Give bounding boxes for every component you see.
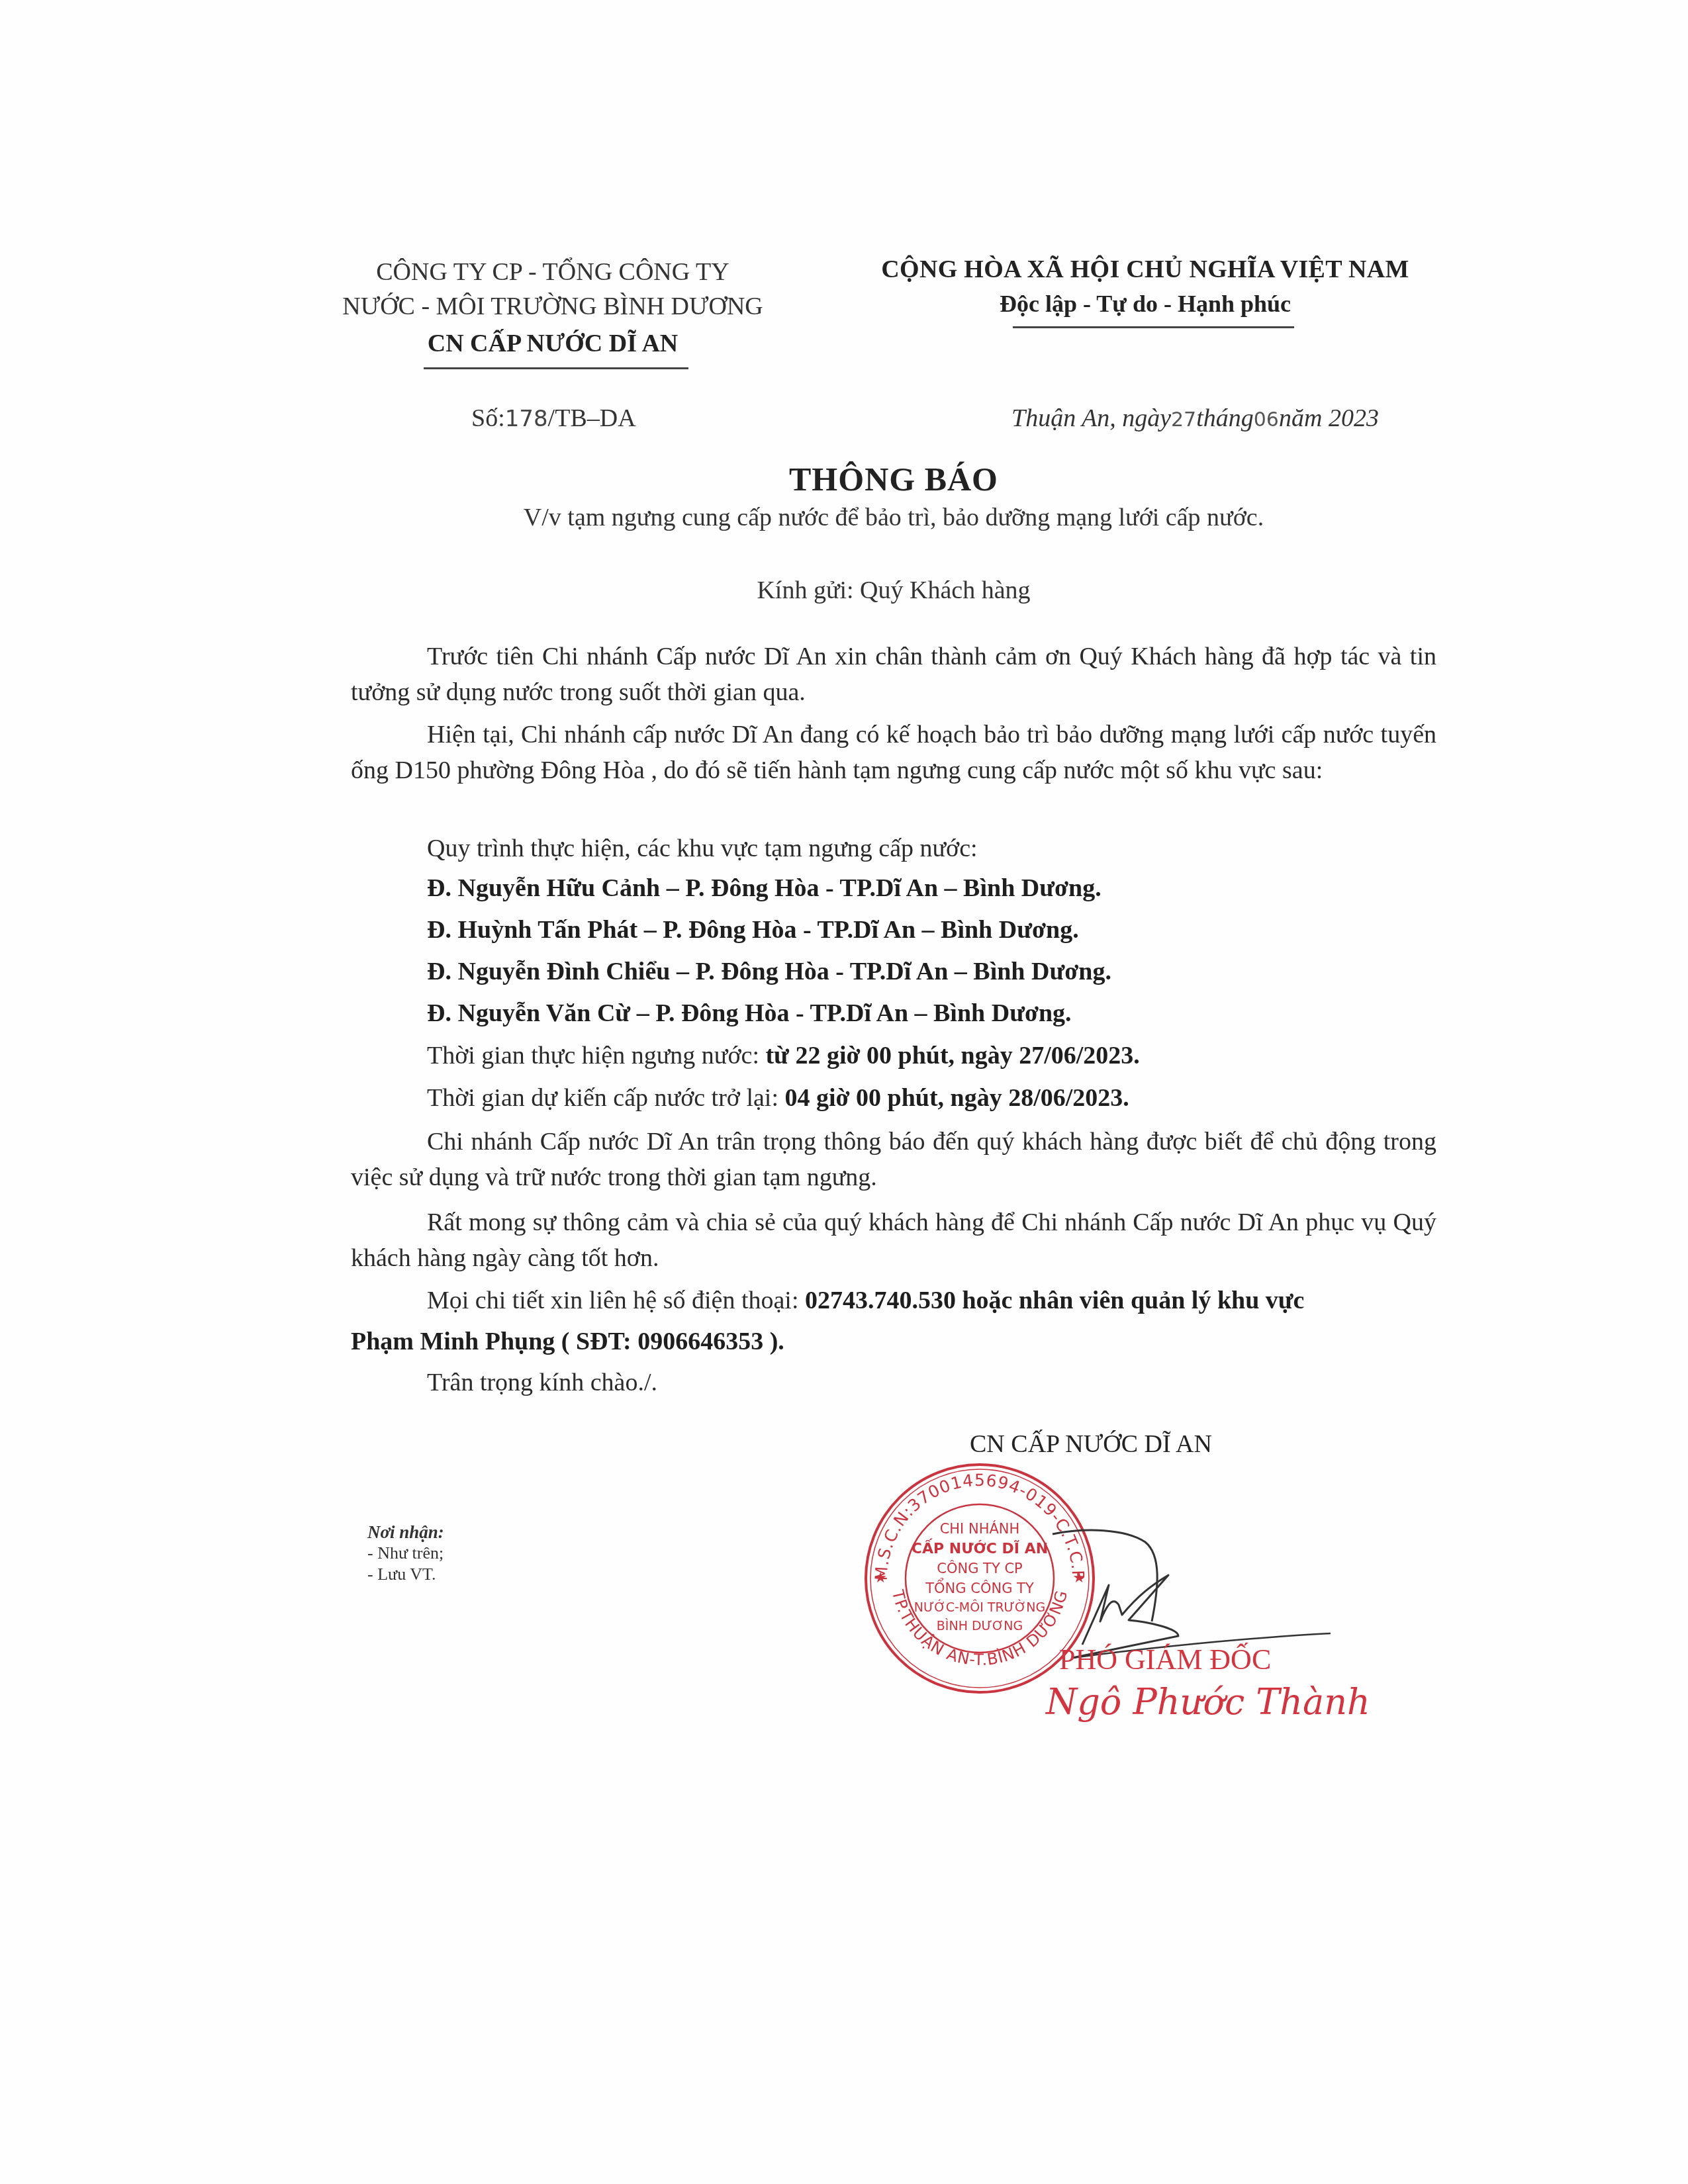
motto-underline — [1013, 326, 1294, 328]
date-month-label: tháng — [1196, 404, 1254, 432]
nation-title: CỘNG HÒA XÃ HỘI CHỦ NGHĨA VIỆT NAM — [847, 255, 1443, 284]
paragraph-inform: Chi nhánh Cấp nước Dĩ An trân trọng thôn… — [351, 1124, 1436, 1195]
stamp-inner-line: CHI NHÁNH — [940, 1520, 1020, 1537]
resume-time-label: Thời gian dự kiến cấp nước trở lại: — [427, 1084, 784, 1112]
stop-time-value: từ 22 giờ 00 phút, ngày 27/06/2023. — [765, 1042, 1139, 1069]
org-line2: NƯỚC - MÔI TRƯỜNG BÌNH DƯƠNG — [311, 289, 794, 324]
org-branch: CN CẤP NƯỚC DĨ AN — [311, 326, 794, 361]
contact-label: Mọi chi tiết xin liên hệ số điện thoại: — [427, 1287, 805, 1314]
areas-intro: Quy trình thực hiện, các khu vực tạm ngư… — [427, 831, 978, 866]
signature-org: CN CẤP NƯỚC DĨ AN — [970, 1430, 1212, 1459]
stop-time-label: Thời gian thực hiện ngưng nước: — [427, 1042, 765, 1069]
closing: Trân trọng kính chào./. — [427, 1365, 657, 1400]
recipient-item: - Như trên; — [367, 1543, 444, 1564]
area-item: Đ. Nguyễn Văn Cừ – P. Đông Hòa - TP.Dĩ A… — [427, 995, 1072, 1031]
org-branch-underline — [424, 367, 688, 369]
motto: Độc lập - Tự do - Hạnh phúc — [847, 290, 1443, 318]
contact-person: Phạm Minh Phụng ( SĐT: 0906646353 ). — [351, 1324, 784, 1359]
recipient-item: - Lưu VT. — [367, 1564, 444, 1585]
paragraph-sympathy: Rất mong sự thông cảm và chia sẻ của quý… — [351, 1205, 1436, 1276]
doc-number-prefix: Số: — [471, 404, 505, 432]
recipients-label: Nơi nhận: — [367, 1522, 444, 1543]
date-year: năm 2023 — [1279, 404, 1379, 432]
area-item: Đ. Nguyễn Đình Chiểu – P. Đông Hòa - TP.… — [427, 954, 1111, 989]
signatory-position: PHÓ GIÁM ĐỐC — [1059, 1643, 1271, 1676]
signatory-name: Ngô Phước Thành — [1046, 1681, 1370, 1723]
notice-title: THÔNG BÁO — [351, 460, 1436, 498]
stamp-star-left-icon: ★ — [874, 1569, 887, 1586]
doc-number-handwritten: 178 — [505, 406, 548, 432]
date-place: Thuận An, ngày — [1011, 404, 1171, 432]
doc-date: Thuận An, ngày27tháng06năm 2023 — [1011, 404, 1379, 433]
date-month: 06 — [1254, 408, 1279, 432]
paragraph-plan: Hiện tại, Chi nhánh cấp nước Dĩ An đang … — [351, 717, 1436, 788]
stamp-inner-line: CÔNG TY CP — [937, 1560, 1023, 1576]
resume-time-value: 04 giờ 00 phút, ngày 28/06/2023. — [784, 1084, 1129, 1112]
recipients: Nơi nhận: - Như trên; - Lưu VT. — [367, 1522, 444, 1585]
resume-time: Thời gian dự kiến cấp nước trở lại: 04 g… — [427, 1080, 1129, 1116]
area-item: Đ. Nguyễn Hữu Cảnh – P. Đông Hòa - TP.Dĩ… — [427, 870, 1102, 906]
stamp-inner-line: NƯỚC-MÔI TRƯỜNG — [914, 1599, 1045, 1615]
stamp-inner-line: TỔNG CÔNG TY — [925, 1578, 1034, 1596]
salutation: Kính gửi: Quý Khách hàng — [351, 576, 1436, 605]
contact-line: Mọi chi tiết xin liên hệ số điện thoại: … — [427, 1283, 1304, 1318]
org-header: CÔNG TY CP - TỔNG CÔNG TY NƯỚC - MÔI TRƯ… — [311, 255, 794, 361]
document-page: CÔNG TY CP - TỔNG CÔNG TY NƯỚC - MÔI TRƯ… — [0, 0, 1688, 2184]
doc-number-suffix: /TB–DA — [548, 404, 636, 432]
notice-subject: V/v tạm ngưng cung cấp nước để bảo trì, … — [351, 503, 1436, 532]
paragraph-thanks: Trước tiên Chi nhánh Cấp nước Dĩ An xin … — [351, 639, 1436, 710]
contact-phone: 02743.740.530 hoặc nhân viên quản lý khu… — [805, 1287, 1305, 1314]
org-line1: CÔNG TY CP - TỔNG CÔNG TY — [311, 255, 794, 289]
date-day: 27 — [1171, 408, 1196, 432]
doc-number: Số:178/TB–DA — [471, 404, 636, 433]
area-item: Đ. Huỳnh Tấn Phát – P. Đông Hòa - TP.Dĩ … — [427, 912, 1079, 948]
stamp-inner-line: CẤP NƯỚC DĨ AN — [912, 1538, 1048, 1557]
stamp-inner-line: BÌNH DƯƠNG — [937, 1618, 1023, 1633]
stop-time: Thời gian thực hiện ngưng nước: từ 22 gi… — [427, 1038, 1140, 1073]
